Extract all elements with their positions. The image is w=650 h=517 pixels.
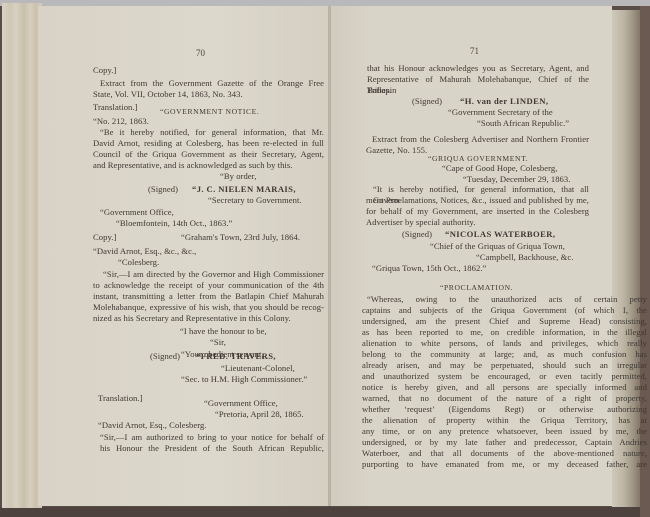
text-line: “PROCLAMATION. bbox=[440, 282, 513, 293]
text-line: “I have the honour to be, bbox=[180, 326, 267, 337]
text-line: (Signed) bbox=[402, 229, 432, 240]
text-line: Molehabanque, expressive of his wish, th… bbox=[93, 302, 324, 313]
left-page-number: 70 bbox=[196, 48, 205, 58]
text-line: “Government Secretary of the bbox=[448, 107, 553, 118]
text-line: Representative of Mahurah Molehabanque, … bbox=[367, 74, 589, 97]
text-line: “Cape of Good Hope, Colesberg, bbox=[442, 163, 557, 174]
text-line: “Griqua Town, 15th Oct., 1862.” bbox=[372, 263, 486, 274]
text-line: that his Honour acknowledges you as Secr… bbox=[367, 63, 589, 74]
text-line: “GOVERNMENT NOTICE. bbox=[160, 106, 259, 117]
text-line: Copy.] bbox=[93, 65, 116, 76]
text-line: Gazette, No. 155. bbox=[366, 145, 427, 156]
text-line: “Graham's Town, 23rd July, 1864. bbox=[181, 232, 300, 243]
text-line: “Secretary to Government. bbox=[208, 195, 302, 206]
text-line: “Sir,—I am authorized to bring to your n… bbox=[100, 432, 324, 443]
text-line: “Lieutenant-Colonel, bbox=[221, 363, 295, 374]
text-line: Translation.] bbox=[98, 393, 143, 404]
text-line: “Bloemfontein, 14th Oct., 1863.” bbox=[116, 218, 232, 229]
text-line: (Signed) bbox=[412, 96, 442, 107]
text-line: nized as his Secretary and Representativ… bbox=[93, 313, 291, 324]
text-line: (Signed) bbox=[148, 184, 178, 195]
text-line: Council of the Griqua Government as thei… bbox=[93, 149, 324, 160]
book-gutter bbox=[328, 6, 331, 506]
text-line: any time, or on any pretence whatsoever,… bbox=[362, 426, 647, 437]
text-line: “H. van der LINDEN, bbox=[460, 96, 548, 107]
text-line: “Government Office, bbox=[204, 398, 278, 409]
text-line: undersigned, am the present Chief and Su… bbox=[362, 316, 647, 327]
text-line: “David Arnot, Esq., &c., &c., bbox=[93, 246, 196, 257]
text-line: “Sec. to H.M. High Commissioner.” bbox=[181, 374, 307, 385]
text-line: ment Proclamations, Notices, &c., issued… bbox=[366, 195, 589, 206]
text-line: to acknowledge the receipt of your commu… bbox=[93, 280, 324, 291]
text-line: State, Vol. VII, October 14, 1863, No. 3… bbox=[93, 89, 243, 100]
text-line: “By order, bbox=[220, 171, 256, 182]
text-line: “Colesberg. bbox=[118, 257, 159, 268]
text-line: “Chief of the Griquas of Griqua Town, bbox=[430, 241, 565, 252]
text-line: Translation.] bbox=[93, 102, 138, 113]
text-line: Extract from the Colesberg Advertiser an… bbox=[372, 134, 589, 145]
text-line: instant, transmitting a letter from the … bbox=[93, 291, 324, 302]
text-line: “David Arnot, Esq., Colesberg. bbox=[98, 420, 207, 431]
text-line: “Sir,—I am directed by the Governor and … bbox=[103, 269, 324, 280]
text-line: Extract from the Government Gazette of t… bbox=[100, 78, 324, 89]
text-line: “NICOLAS WATERBOER, bbox=[445, 229, 555, 240]
text-line: “Campbell, Backhouse, &c. bbox=[476, 252, 573, 263]
text-line: “Sir, bbox=[210, 337, 226, 348]
text-line: for behalf of my Government, are inserte… bbox=[366, 206, 589, 217]
text-line: “Pretoria, April 28, 1865. bbox=[215, 409, 304, 420]
text-line: alienation to white persons, of lands an… bbox=[362, 338, 647, 349]
text-line: the alienation of property within the Gr… bbox=[362, 415, 647, 426]
text-line: notice is hereby given, and all persons … bbox=[362, 382, 647, 393]
text-line: “No. 212, 1863. bbox=[93, 116, 149, 127]
text-line: “Whereas, owing to the unauthorized acts… bbox=[367, 294, 647, 305]
text-line: Advertiser by special authority. bbox=[366, 217, 475, 228]
text-line: Waterboer, and that all documents of the… bbox=[362, 448, 647, 459]
text-line: as has been reported to me, on credible … bbox=[362, 327, 647, 338]
text-line: “Government Office, bbox=[100, 207, 174, 218]
text-line: (Signed) bbox=[150, 351, 180, 362]
text-line: his Honour the President of the South Af… bbox=[100, 443, 324, 454]
text-line: undersigned, or by my late father and pr… bbox=[362, 437, 647, 448]
text-line: “J. C. NIELEN MARAIS, bbox=[192, 184, 296, 195]
text-line: “South African Republic.” bbox=[477, 118, 569, 129]
book-cover-bottom bbox=[0, 507, 650, 517]
text-line: warned, that no document of the nature o… bbox=[362, 393, 647, 404]
text-line: and Representative, and is acknowledged … bbox=[93, 160, 292, 171]
text-line: David Arnot, residing at Colesberg, has … bbox=[93, 138, 324, 149]
text-line: purporting to have emanated from me, or … bbox=[362, 459, 647, 470]
right-page-number: 71 bbox=[470, 46, 479, 56]
left-page-stack-edges bbox=[2, 3, 42, 508]
text-line: “Be it hereby notified, for general info… bbox=[100, 127, 324, 138]
text-line: belong to the community at large; and, a… bbox=[362, 349, 647, 360]
text-line: already arisen, and may be perpetuated, … bbox=[362, 360, 647, 371]
text-line: Tribes. bbox=[367, 85, 391, 96]
text-line: “FRED. TRAVERS, bbox=[196, 351, 276, 362]
text-line: whether ‘request’ (Eigendoms Regt) or ot… bbox=[362, 404, 647, 415]
text-line: and unauthorized system be encouraged, o… bbox=[362, 371, 647, 382]
text-line: captains and subjects of the Griqua Gove… bbox=[362, 305, 647, 316]
text-line: Copy.] bbox=[93, 232, 116, 243]
